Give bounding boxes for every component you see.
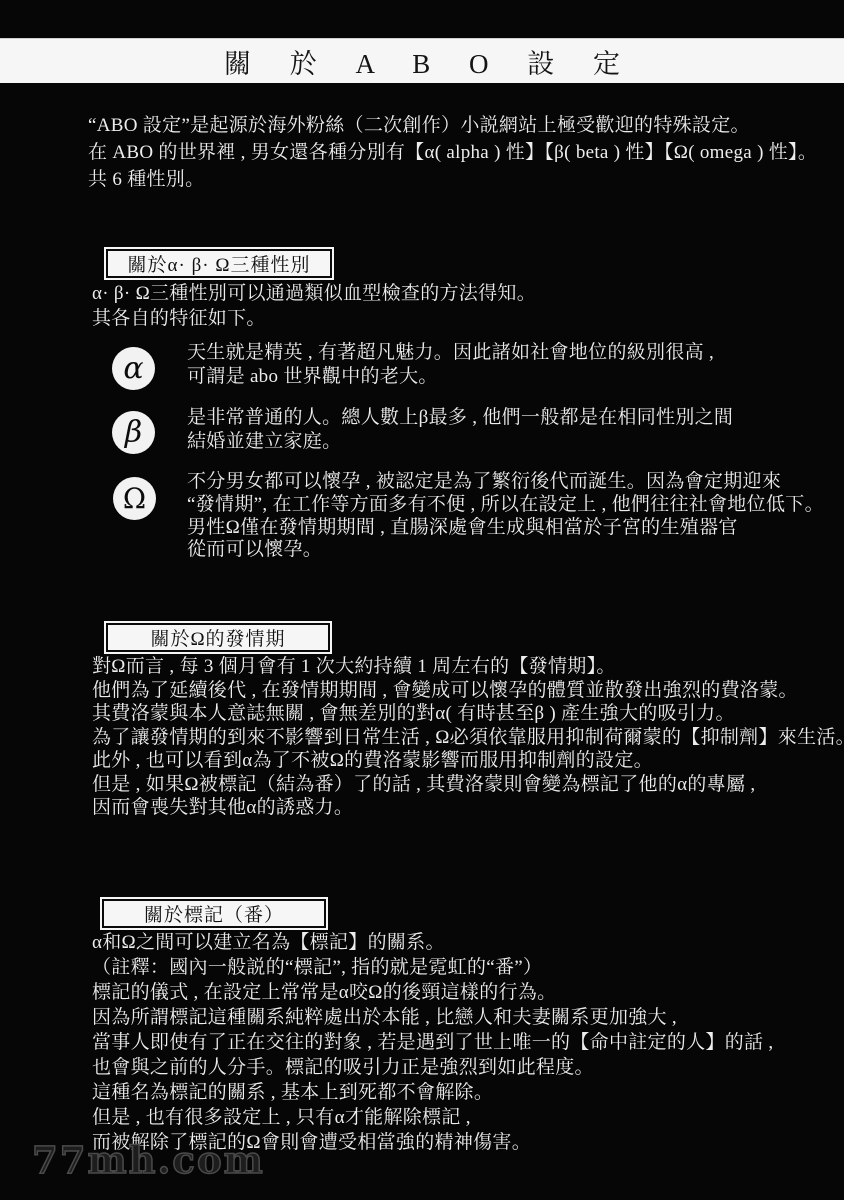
intro-paragraph: “ABO 設定”是起源於海外粉絲（二次創作）小説網站上極受歡迎的特殊設定。 在 … [88,112,817,193]
section-header-label: 關於Ω的發情期 [150,624,285,651]
section-body-genders: α· β· Ω三種性別可以通過類似血型檢查的方法得知。 其各自的特征如下。 [92,281,536,331]
text-line: 為了讓發情期的到來不影響到日常生活 , Ω必須依靠服用抑制荷爾蒙的【抑制劑】來生… [92,726,844,750]
alpha-symbol: α [123,351,143,386]
watermark-logo: 77mh.com [32,1138,265,1182]
page-title: 關 於 A B O 設 定 [208,42,636,81]
alpha-description: 天生就是精英 , 有著超凡魅力。因此諸如社會地位的級別很高 , 可謂是 abo … [187,341,714,388]
section-header-label: 關於α· β· Ω三種性別 [128,250,311,277]
text-line: 從而可以懷孕。 [187,539,824,562]
text-line: “ABO 設定”是起源於海外粉絲（二次創作）小説網站上極受歡迎的特殊設定。 [88,112,817,139]
text-line: 他們為了延續後代 , 在發情期期間 , 會變成可以懷孕的體質並散發出強烈的費洛蒙… [92,679,844,703]
beta-badge-icon: β [112,411,155,454]
section-header-marking: 關於標記（番） [102,899,326,928]
text-line: 標記的儀式 , 在設定上常常是α咬Ω的後頸這樣的行為。 [92,980,773,1005]
text-line: 但是 , 如果Ω被標記（結為番）了的話 , 其費洛蒙則會變為標記了他的α的專屬 … [92,773,844,797]
section-header-label: 關於標記（番） [144,900,284,927]
text-line: 也會與之前的人分手。標記的吸引力正是強烈到如此程度。 [92,1055,773,1080]
text-line: 共 6 種性別。 [88,166,817,193]
text-line: 這種名為標記的關系 , 基本上到死都不會解除。 [92,1080,773,1105]
text-line: 但是 , 也有很多設定上 , 只有α才能解除標記 , [92,1105,773,1130]
text-line: 因為所謂標記這種關系純粹處出於本能 , 比戀人和夫妻關系更加強大 , [92,1005,773,1030]
page-title-banner: 關 於 A B O 設 定 [0,38,844,83]
text-line: 當事人即使有了正在交往的對象 , 若是遇到了世上唯一的【命中註定的人】的話 , [92,1030,773,1055]
text-line: 其各自的特征如下。 [92,306,536,331]
section-body-heat: 對Ω而言 , 每 3 個月會有 1 次大約持續 1 周左右的【發情期】。 他們為… [92,655,844,820]
omega-description: 不分男女都可以懷孕 , 被認定是為了繁衍後代而誕生。因為會定期迎來 “發情期”,… [187,471,824,562]
text-line: 是非常普通的人。總人數上β最多 , 他們一般都是在相同性別之間 [187,406,733,430]
section-header-heat: 關於Ω的發情期 [106,623,330,652]
text-line: 結婚並建立家庭。 [187,430,733,454]
text-line: （註釋：國內一般説的“標記”, 指的就是霓虹的“番”） [92,955,773,980]
section-body-marking: α和Ω之間可以建立名為【標記】的關系。 （註釋：國內一般説的“標記”, 指的就是… [92,930,773,1155]
text-line: α和Ω之間可以建立名為【標記】的關系。 [92,930,773,955]
section-header-genders: 關於α· β· Ω三種性別 [106,249,332,278]
text-line: 對Ω而言 , 每 3 個月會有 1 次大約持續 1 周左右的【發情期】。 [92,655,844,679]
text-line: 不分男女都可以懷孕 , 被認定是為了繁衍後代而誕生。因為會定期迎來 [187,471,824,494]
beta-description: 是非常普通的人。總人數上β最多 , 他們一般都是在相同性別之間 結婚並建立家庭。 [187,406,733,453]
beta-symbol: β [125,415,142,450]
text-line: 男性Ω僅在發情期期間 , 直腸深處會生成與相當於子宮的生殖器官 [187,517,824,540]
omega-symbol: Ω [123,482,146,515]
alpha-badge-icon: α [112,347,155,390]
text-line: 其費洛蒙與本人意誌無關 , 會無差別的對α( 有時甚至β ) 產生強大的吸引力。 [92,702,844,726]
text-line: 天生就是精英 , 有著超凡魅力。因此諸如社會地位的級別很高 , [187,341,714,365]
text-line: α· β· Ω三種性別可以通過類似血型檢查的方法得知。 [92,281,536,306]
text-line: 可謂是 abo 世界觀中的老大。 [187,365,714,389]
text-line: 在 ABO 的世界裡 , 男女還各種分別有【α( alpha ) 性】【β( b… [88,139,817,166]
omega-badge-icon: Ω [113,477,156,520]
text-line: 此外 , 也可以看到α為了不被Ω的費洛蒙影響而服用抑制劑的設定。 [92,749,844,773]
text-line: 因而會喪失對其他α的誘惑力。 [92,796,844,820]
text-line: “發情期”, 在工作等方面多有不便 , 所以在設定上 , 他們往往社會地位低下。 [187,494,824,517]
